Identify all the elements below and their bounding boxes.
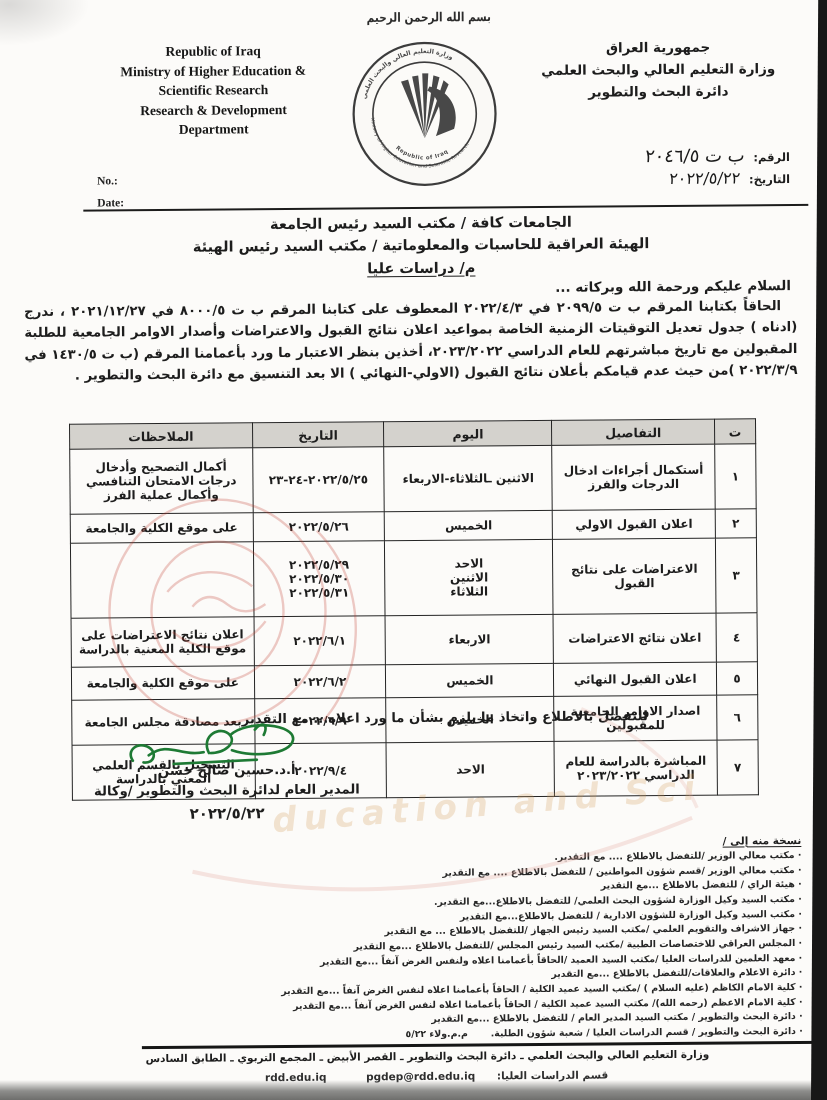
ref-date-handwritten: ٢٠٢٢/٥/٢٢: [668, 170, 741, 187]
addressee-block: الجامعات كافة / مكتب السيد رئيس الجامعة …: [37, 210, 805, 283]
ref-date-label: التاريخ:: [749, 172, 790, 186]
scan-corner-smudge: [0, 0, 90, 46]
reference-block: الرقم: ب ت ٢٠٤٦/٥ التاريخ: ٢٠٢٢/٥/٢٢: [555, 147, 790, 193]
cell-details: اعلان القبول الاولي: [553, 509, 716, 539]
table-row: ١ أستكمال أجراءات ادخال الدرجات والفرز ا…: [70, 444, 756, 514]
cell-notes: اعلان نتائج الاعتراضات على موقع الكلية ا…: [71, 617, 254, 667]
cell-seq: ١: [715, 444, 757, 509]
salutation: السلام عليكم ورحمة الله وبركاته ...: [555, 278, 791, 296]
col-header-day: اليوم: [384, 420, 552, 446]
ref-number-handwritten: ب ت ٢٠٤٦/٥: [644, 147, 746, 167]
reference-date-row: التاريخ: ٢٠٢٢/٥/٢٢: [555, 170, 790, 189]
cell-day: الخميس: [384, 510, 552, 540]
cell-day: الاحد الاثنين الثلاثاء: [385, 539, 554, 615]
cell-notes: على موقع الكلية والجامعة: [71, 666, 254, 700]
cell-day: الاربعاء: [385, 614, 554, 664]
cell-notes: أكمال التصحيح وأدخال درجات الامتحان التن…: [70, 448, 253, 514]
scanned-letter-page: Republic of Iraq Ministry of Higher Educ…: [0, 0, 827, 1100]
cell-date: ٢٠٢٢/٥/٢٩ ٢٠٢٢/٥/٣٠ ٢٠٢٢/٥/٣١: [289, 558, 349, 600]
footer-address: وزارة التعليم العالي والبحث العلمي ـ دائ…: [44, 1048, 811, 1066]
cell-seq: ٥: [716, 662, 757, 695]
header-arabic: جمهورية العراق وزارة التعليم العالي والب…: [533, 37, 784, 105]
header-english: Republic of Iraq Ministry of Higher Educ…: [84, 41, 343, 141]
cell-details: المباشرة بالدراسة للعام الدراسي ٢٠٢٣/٢٠٢…: [554, 740, 717, 796]
no-label: No.:: [97, 170, 124, 193]
basmala-calligraphy: بسم الله الرحمن الرحيم: [334, 10, 524, 26]
cc-block: نسخة منه إلى / مكتب معالي الوزير /للتفضل…: [122, 835, 803, 1045]
col-header-seq: ت: [714, 419, 755, 444]
col-header-details: التفاصيل: [552, 419, 715, 445]
signature-block: أ.د.حسين صالح حسن المدير العام لدائرة ال…: [62, 760, 392, 827]
signatory-name: أ.د.حسين صالح حسن: [62, 760, 392, 783]
cell-date: ٢٠٢٢/٥/٢٥-٢٤-٢٣: [269, 472, 368, 487]
cell-details: أستكمال أجراءات ادخال الدرجات والفرز: [552, 444, 715, 510]
cell-day: الاثنين ـالثلاثاء-الاربعاء: [384, 445, 553, 511]
header-english-line: Department: [85, 119, 343, 141]
cell-date: ٢٠٢٢/٦/١: [293, 634, 346, 648]
table-row: ٣ الاعتراضات على نتائج القبول الاحد الاث…: [70, 538, 757, 618]
cell-date: ٢٠٢٢/٥/٢٦: [289, 520, 349, 534]
header-arabic-line: دائرة البحث والتطوير: [533, 81, 783, 105]
date-label: Date:: [97, 193, 124, 216]
cell-day: الاحد: [386, 741, 555, 797]
body-paragraph: الحاقاً بكتابنا المرقم ب ت ٢٠٩٩/٥ في ٢٠٢…: [24, 296, 798, 387]
document-content: Republic of Iraq Ministry of Higher Educ…: [0, 0, 827, 1100]
col-header-date: التاريخ: [252, 422, 384, 448]
header-english-line: Research & Development: [84, 99, 342, 121]
reference-number-row: الرقم: ب ت ٢٠٤٦/٥: [555, 147, 790, 168]
cell-notes: على موقع الكلية والجامعة: [70, 513, 253, 543]
header-english-line: Republic of Iraq: [84, 41, 342, 63]
cell-seq: ٢: [715, 509, 756, 538]
scan-bottom-edge: [0, 1080, 827, 1100]
cell-seq: ٣: [715, 538, 757, 613]
cell-notes: [70, 542, 253, 618]
header-english-line: Scientific Research: [84, 80, 342, 102]
header-arabic-line: وزارة التعليم العالي والبحث العلمي: [533, 59, 783, 83]
cell-details: اعلان القبول النهائي: [554, 662, 717, 696]
col-header-notes: الملاحظات: [70, 423, 253, 449]
ref-number-label: الرقم:: [753, 150, 790, 164]
header-arabic-line: جمهورية العراق: [533, 37, 783, 61]
signatory-title: المدير العام لدائرة البحث والتطوير /وكال…: [62, 781, 392, 804]
signature-date: ٢٠٢٢/٥/٢٢: [189, 804, 264, 823]
cell-date: ٢٠٢٢/٦/٢: [294, 675, 347, 689]
cell-seq: ٧: [717, 740, 759, 795]
header-english-line: Ministry of Higher Education &: [84, 60, 342, 82]
cell-seq: ٤: [716, 613, 757, 662]
cc-list: مكتب معالي الوزير /للتفضل بالاطلاع .... …: [122, 849, 802, 1045]
subject-line: م/ دراسات عليا: [367, 257, 475, 280]
table-row: ٥ اعلان القبول النهائي الخميس ٢٠٢٢/٦/٢ ع…: [71, 662, 757, 700]
table-row: ٤ اعلان نتائج الاعتراضات الاربعاء ٢٠٢٢/٦…: [71, 613, 757, 667]
cell-details: الاعتراضات على نتائج القبول: [553, 538, 716, 614]
cell-details: اعلان نتائج الاعتراضات: [553, 613, 716, 663]
ministry-emblem-icon: وزارة التعليم العالي والبحث العلمي Minis…: [348, 37, 501, 190]
cell-day: الخميس: [386, 663, 554, 697]
